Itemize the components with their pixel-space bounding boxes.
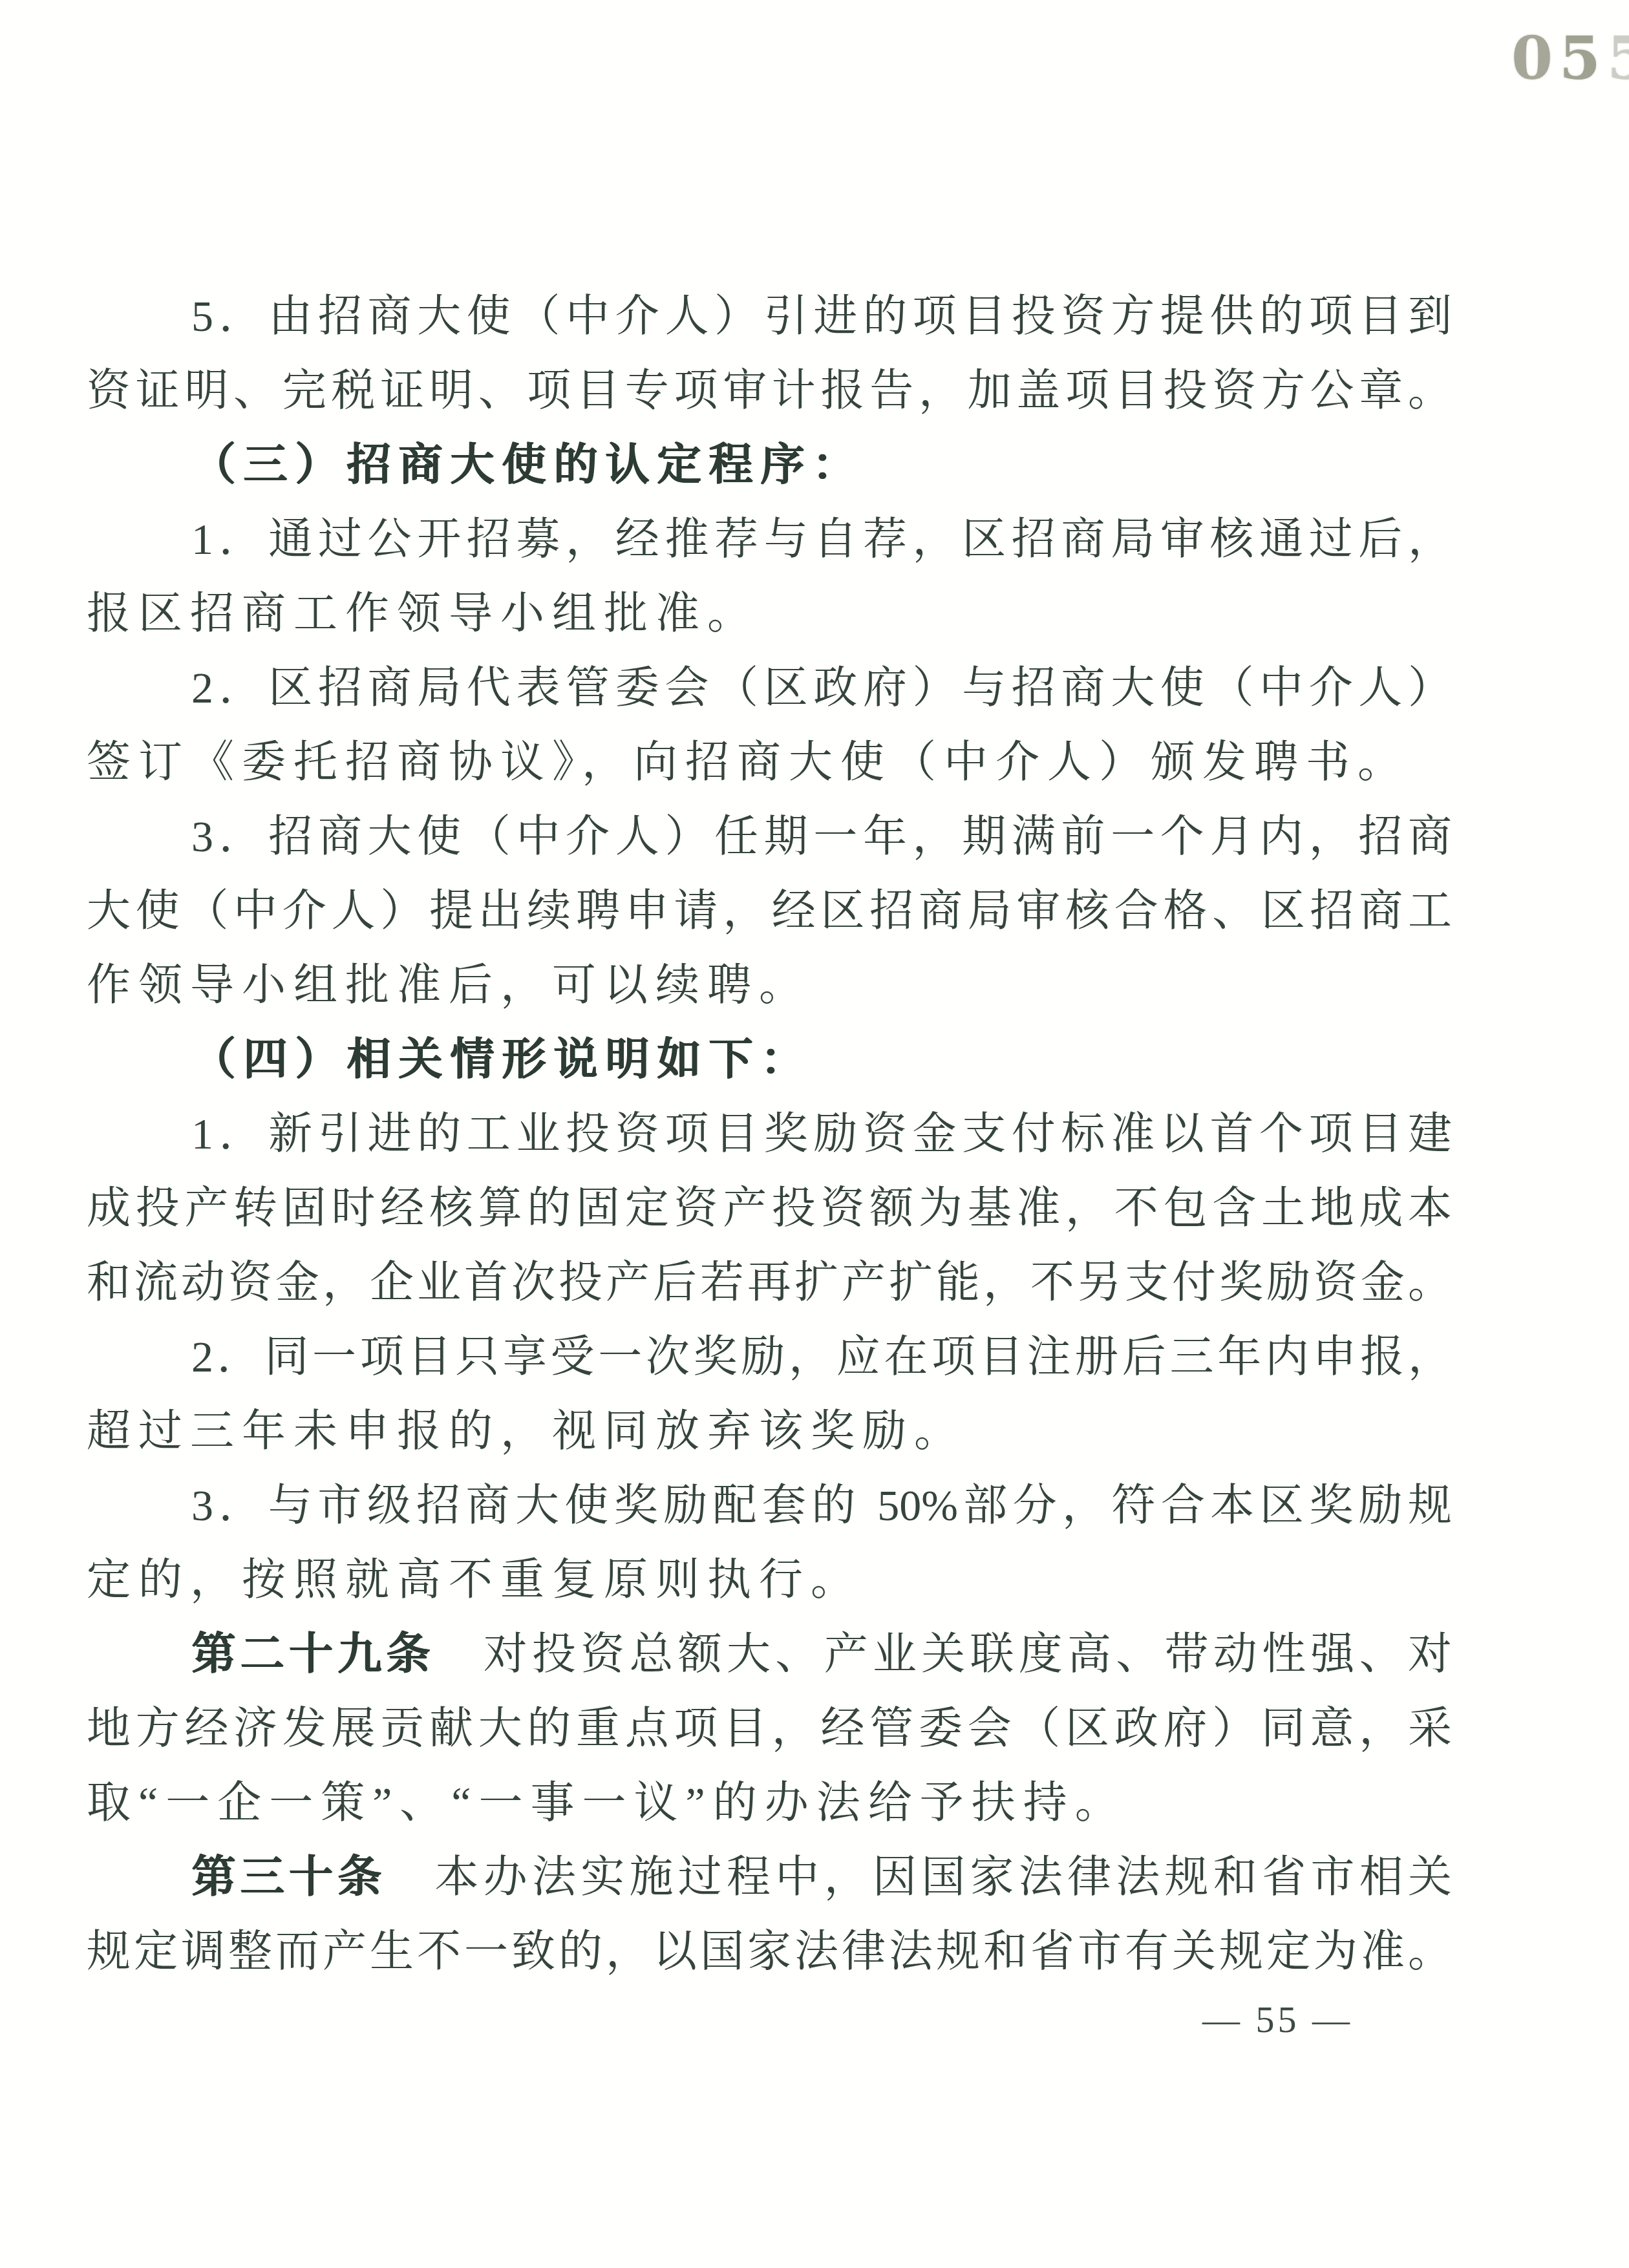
stamp-digit: 5 [1607,23,1629,93]
text-segment: 取“一企一策”、“一事一议”的办法给予扶持。 [87,1778,1127,1827]
text-segment: 和流动资金，企业首次投产后若再扩产扩能，不另支付奖励资金。 [87,1258,1452,1307]
text-line: 报区招商工作领导小组批准。 [87,577,1452,651]
page-number: — 55 — [1202,1998,1353,2041]
text-line: 和流动资金，企业首次投产后若再扩产扩能，不另支付奖励资金。 [87,1245,1452,1320]
text-line: 大使（中介人）提出续聘申请，经区招商局审核合格、区招商工 [87,874,1452,948]
text-segment: 5．由招商大使（中介人）引进的项目投资方提供的项目到 [191,291,1452,341]
text-line: 2．区招商局代表管委会（区政府）与招商大使（中介人） [87,651,1452,725]
text-line: 成投产转固时经核算的固定资产投资额为基准，不包含土地成本 [87,1171,1452,1245]
text-line: 3．招商大使（中介人）任期一年，期满前一个月内，招商 [87,800,1452,874]
text-segment: 成投产转固时经核算的固定资产投资额为基准，不包含土地成本 [87,1183,1452,1233]
text-line: 取“一企一策”、“一事一议”的办法给予扶持。 [87,1766,1452,1840]
text-line: 作领导小组批准后，可以续聘。 [87,948,1452,1023]
text-line: 3．与市级招商大使奖励配套的 50%部分，符合本区奖励规 [87,1468,1452,1543]
text-segment: 2．同一项目只享受一次奖励，应在项目注册后三年内申报， [191,1332,1452,1381]
text-segment: （四）相关情形说明如下： [191,1035,812,1084]
document-page: 055 5．由招商大使（中介人）引进的项目投资方提供的项目到 资证明、完税证明、… [0,0,1629,2268]
stamp-digit: 0 [1511,23,1559,93]
section-heading: （三）招商大使的认定程序： [87,428,1452,502]
text-segment: 1．通过公开招募，经推荐与自荐，区招商局审核通过后， [191,514,1452,564]
text-line: 1．通过公开招募，经推荐与自荐，区招商局审核通过后， [87,502,1452,577]
text-segment: （三）招商大使的认定程序： [191,440,864,489]
text-segment: 资证明、完税证明、项目专项审计报告，加盖项目投资方公章。 [87,366,1452,415]
text-segment: 对投资总额大、产业关联度高、带动性强、对 [434,1629,1452,1679]
text-segment: 超过三年未申报的，视同放弃该奖励。 [87,1406,966,1456]
text-segment: 地方经济发展贡献大的重点项目，经管委会（区政府）同意，采 [87,1704,1452,1753]
text-segment: 3．与市级招商大使奖励配套的 50%部分，符合本区奖励规 [191,1481,1452,1530]
text-segment: 规定调整而产生不一致的，以国家法律法规和省市有关规定为准。 [87,1927,1452,1976]
article-heading-line: 第二十九条 对投资总额大、产业关联度高、带动性强、对 [87,1617,1452,1691]
stamp-digit: 5 [1559,23,1607,93]
document-body: 5．由招商大使（中介人）引进的项目投资方提供的项目到 资证明、完税证明、项目专项… [87,279,1452,1989]
article-heading-line: 第三十条 本办法实施过程中，因国家法律法规和省市相关 [87,1840,1452,1914]
text-segment: 1．新引进的工业投资项目奖励资金支付标准以首个项目建 [191,1109,1452,1158]
text-segment: 报区招商工作领导小组批准。 [87,589,759,638]
text-line: 规定调整而产生不一致的，以国家法律法规和省市有关规定为准。 [87,1914,1452,1989]
text-line: 地方经济发展贡献大的重点项目，经管委会（区政府）同意，采 [87,1691,1452,1766]
text-segment: 签订《委托招商协议》，向招商大使（中介人）颁发聘书。 [87,737,1409,787]
article-number: 第三十条 [191,1852,386,1902]
section-heading: （四）相关情形说明如下： [87,1023,1452,1097]
text-line: 资证明、完税证明、项目专项审计报告，加盖项目投资方公章。 [87,354,1452,428]
article-number: 第二十九条 [191,1629,434,1679]
text-segment: 作领导小组批准后，可以续聘。 [87,960,811,1010]
text-line: 1．新引进的工业投资项目奖励资金支付标准以首个项目建 [87,1097,1452,1171]
text-segment: 3．招商大使（中介人）任期一年，期满前一个月内，招商 [191,812,1452,861]
text-line: 超过三年未申报的，视同放弃该奖励。 [87,1394,1452,1468]
text-line: 签订《委托招商协议》，向招商大使（中介人）颁发聘书。 [87,725,1452,800]
text-line: 定的，按照就高不重复原则执行。 [87,1543,1452,1617]
text-line: 2．同一项目只享受一次奖励，应在项目注册后三年内申报， [87,1320,1452,1394]
text-segment: 定的，按照就高不重复原则执行。 [87,1555,862,1604]
text-segment: 本办法实施过程中，因国家法律法规和省市相关 [386,1852,1452,1902]
text-segment: 大使（中介人）提出续聘申请，经区招商局审核合格、区招商工 [87,886,1452,935]
text-line: 5．由招商大使（中介人）引进的项目投资方提供的项目到 [87,279,1452,354]
page-stamp: 055 [1511,26,1629,90]
text-segment: 2．区招商局代表管委会（区政府）与招商大使（中介人） [191,663,1452,712]
